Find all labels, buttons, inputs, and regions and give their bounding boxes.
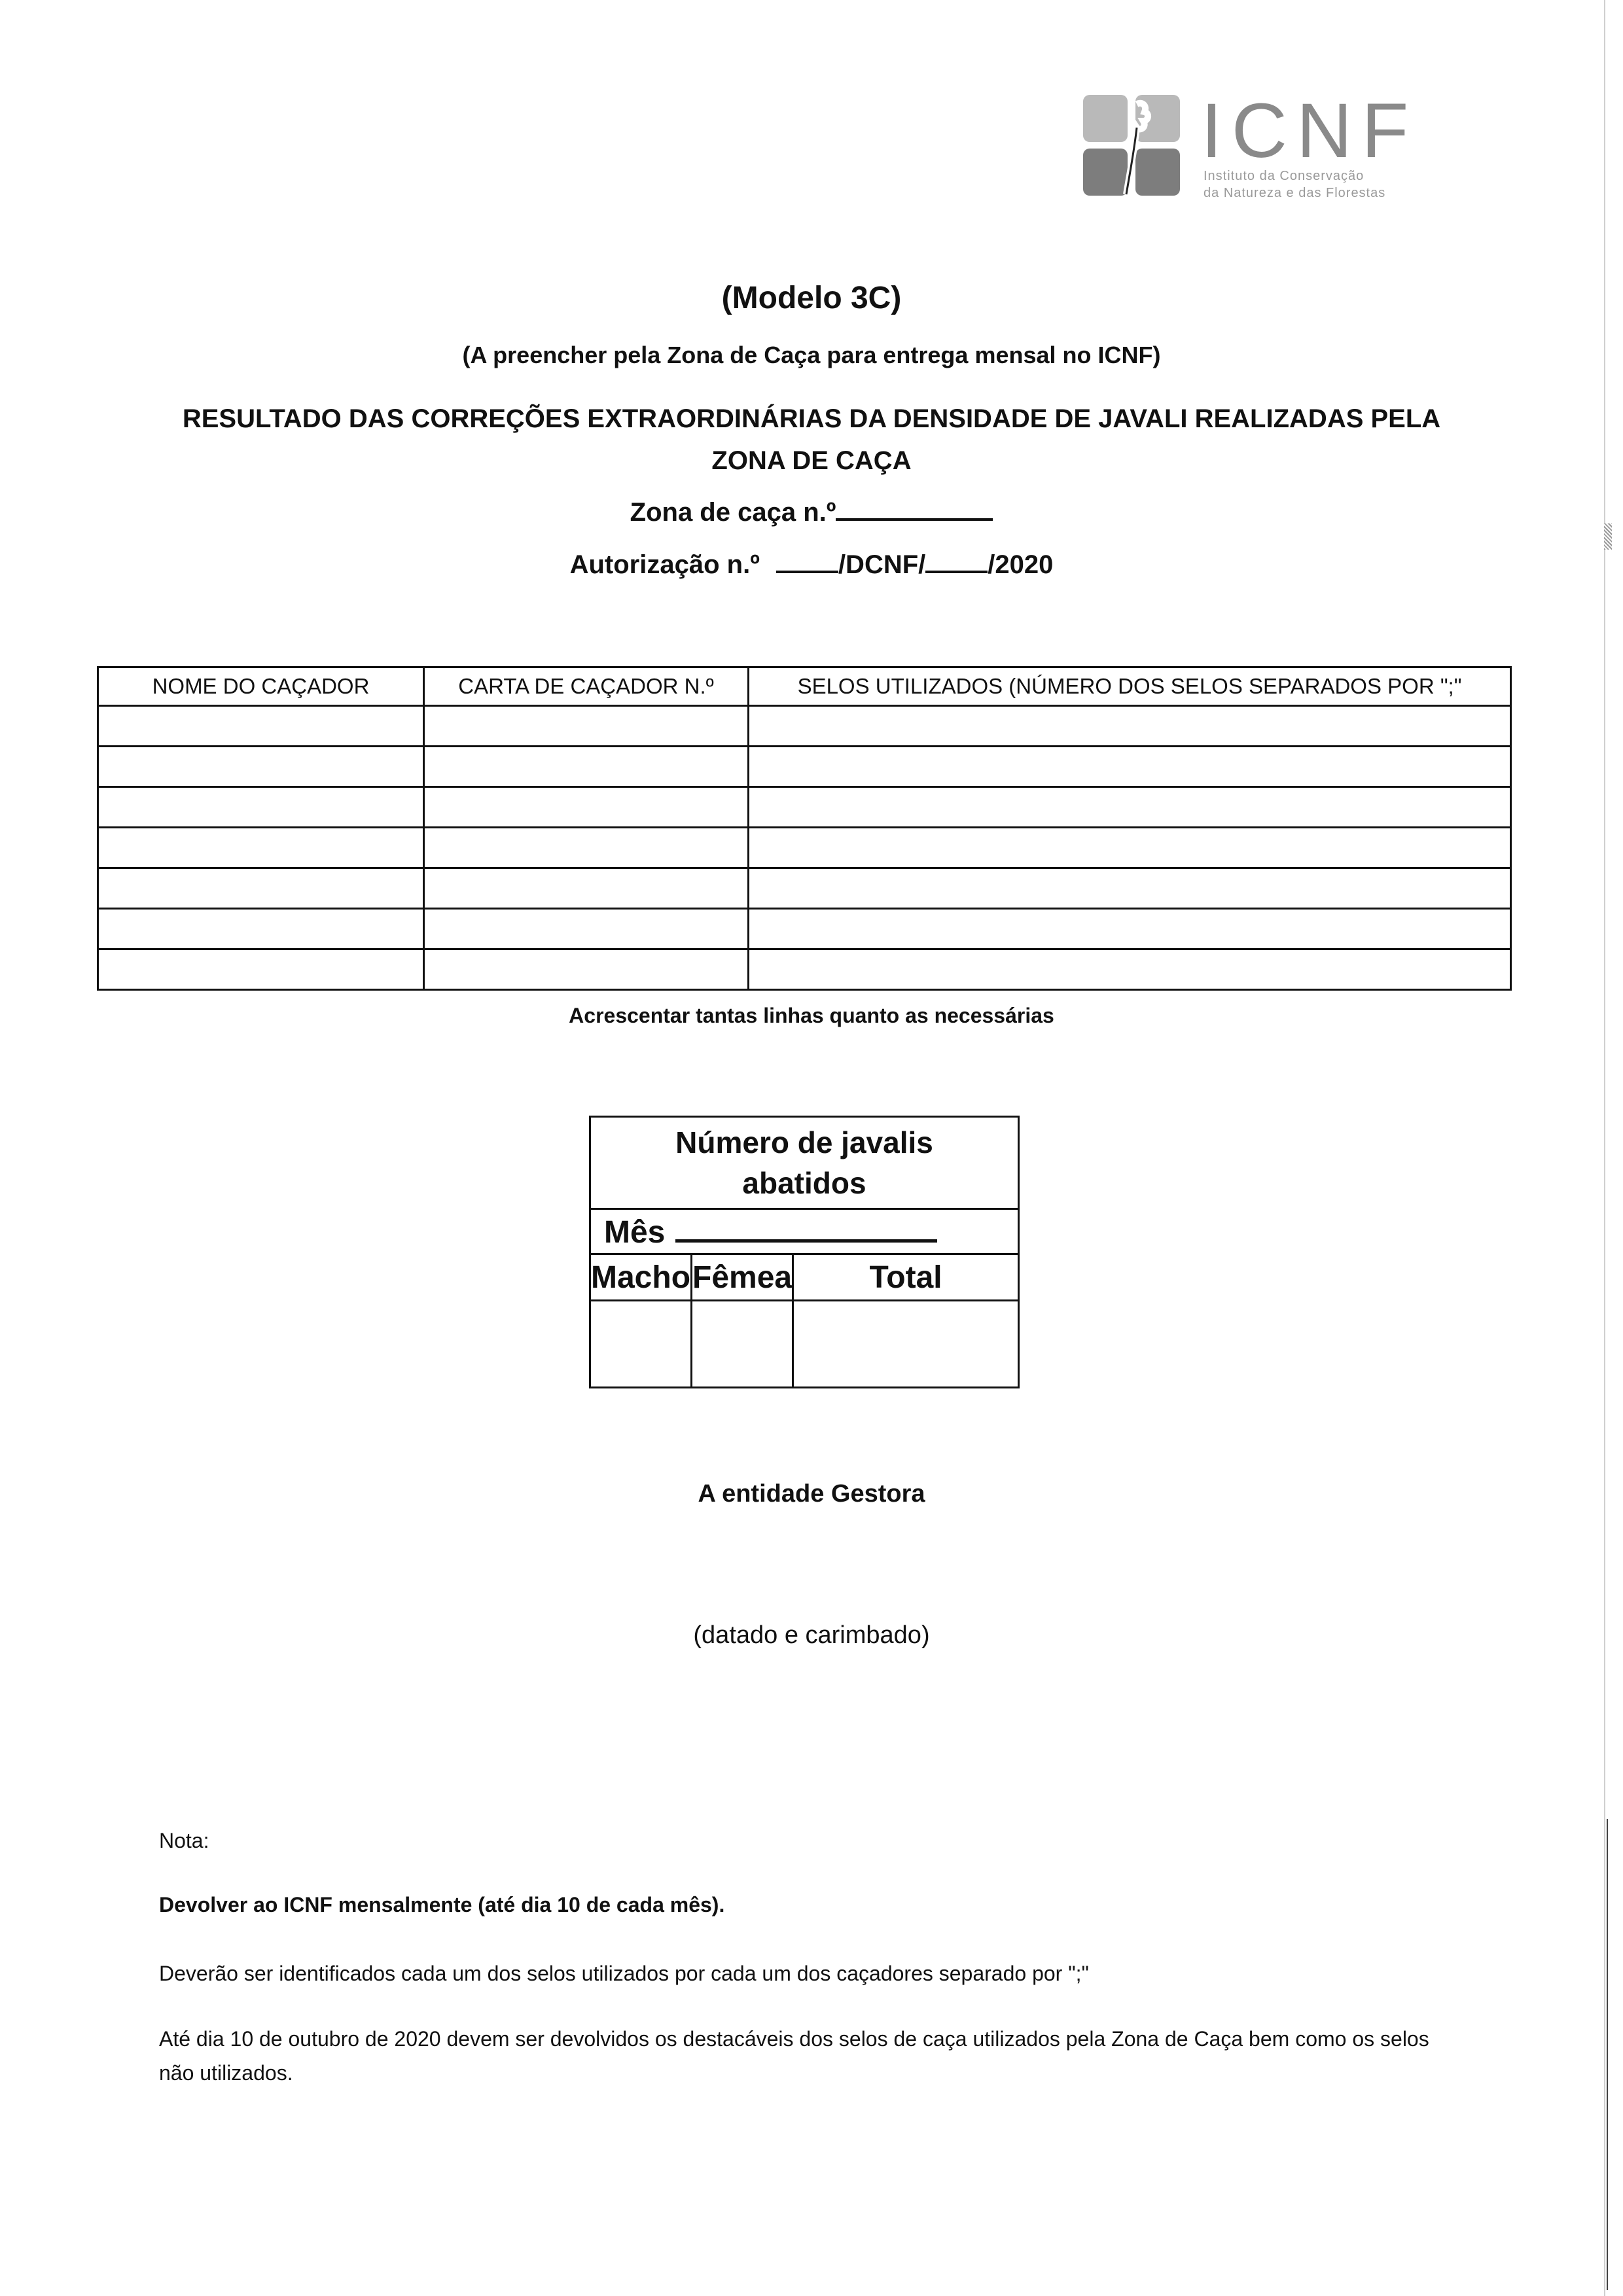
autorizacao-part1-input[interactable] bbox=[776, 548, 838, 573]
cell-nome[interactable] bbox=[98, 949, 424, 990]
cell-carta[interactable] bbox=[424, 828, 749, 868]
cell-nome[interactable] bbox=[98, 868, 424, 909]
table-row bbox=[98, 868, 1511, 909]
column-header-femea: Fêmea bbox=[692, 1254, 793, 1301]
cell-carta[interactable] bbox=[424, 909, 749, 949]
scan-artifact bbox=[1604, 523, 1612, 550]
notes-line-1: Deverão ser identificados cada um dos se… bbox=[159, 1956, 1442, 1990]
column-header-nome: NOME DO CAÇADOR bbox=[98, 667, 424, 706]
cell-nome[interactable] bbox=[98, 828, 424, 868]
zona-caca-label: Zona de caça n.º bbox=[630, 498, 836, 527]
logo-wordmark: ICNF bbox=[1201, 95, 1418, 167]
table-row bbox=[98, 706, 1511, 747]
cell-femea[interactable] bbox=[692, 1301, 793, 1388]
month-label: Mês bbox=[604, 1215, 665, 1250]
logo-subtitle-line1: Instituto da Conservação bbox=[1204, 168, 1364, 184]
javalis-summary-table: Número de javalis abatidos Mês Macho Fêm… bbox=[589, 1116, 1020, 1388]
form-model-title: (Modelo 3C) bbox=[0, 280, 1623, 316]
table-header-row: NOME DO CAÇADOR CARTA DE CAÇADOR N.º SEL… bbox=[98, 667, 1511, 706]
autorizacao-separator: /DCNF/ bbox=[838, 550, 925, 579]
cell-selos[interactable] bbox=[749, 949, 1511, 990]
cell-nome[interactable] bbox=[98, 787, 424, 828]
hunters-table: NOME DO CAÇADOR CARTA DE CAÇADOR N.º SEL… bbox=[97, 666, 1512, 991]
cell-carta[interactable] bbox=[424, 868, 749, 909]
form-subtitle: (A preencher pela Zona de Caça para entr… bbox=[0, 342, 1623, 369]
cell-selos[interactable] bbox=[749, 828, 1511, 868]
notes-bold-line: Devolver ao ICNF mensalmente (até dia 10… bbox=[159, 1893, 724, 1917]
autorizacao-year: /2020 bbox=[988, 550, 1053, 579]
column-header-carta: CARTA DE CAÇADOR N.º bbox=[424, 667, 749, 706]
zona-caca-input[interactable] bbox=[836, 496, 993, 521]
form-heading: RESULTADO DAS CORREÇÕES EXTRAORDINÁRIAS … bbox=[157, 398, 1466, 482]
zona-caca-field: Zona de caça n.º bbox=[0, 496, 1623, 527]
table-row bbox=[98, 949, 1511, 990]
month-input[interactable] bbox=[675, 1213, 937, 1243]
oak-leaf-logo-icon bbox=[1083, 95, 1180, 200]
table-row bbox=[98, 747, 1511, 787]
cell-nome[interactable] bbox=[98, 747, 424, 787]
signature-stamp-note: (datado e carimbado) bbox=[0, 1621, 1623, 1650]
table-row bbox=[98, 787, 1511, 828]
autorizacao-part2-input[interactable] bbox=[925, 548, 988, 573]
cell-selos[interactable] bbox=[749, 909, 1511, 949]
autorizacao-label: Autorização n.º bbox=[570, 550, 760, 579]
column-header-selos: SELOS UTILIZADOS (NÚMERO DOS SELOS SEPAR… bbox=[749, 667, 1511, 706]
cell-selos[interactable] bbox=[749, 787, 1511, 828]
cell-carta[interactable] bbox=[424, 787, 749, 828]
cell-carta[interactable] bbox=[424, 706, 749, 747]
cell-nome[interactable] bbox=[98, 706, 424, 747]
month-field: Mês bbox=[590, 1209, 1019, 1254]
column-header-total: Total bbox=[793, 1254, 1019, 1301]
cell-selos[interactable] bbox=[749, 706, 1511, 747]
cell-nome[interactable] bbox=[98, 909, 424, 949]
table-caption: Acrescentar tantas linhas quanto as nece… bbox=[0, 1004, 1623, 1028]
scan-edge-line-bottom bbox=[1607, 1819, 1608, 2290]
summary-title: Número de javalis abatidos bbox=[590, 1117, 1019, 1209]
cell-selos[interactable] bbox=[749, 868, 1511, 909]
autorizacao-field: Autorização n.º /DCNF//2020 bbox=[0, 548, 1623, 580]
icnf-logo: ICNF Instituto da Conservação da Naturez… bbox=[1083, 95, 1450, 200]
cell-total[interactable] bbox=[793, 1301, 1019, 1388]
logo-subtitle-line2: da Natureza e das Florestas bbox=[1204, 185, 1385, 201]
notes-line-2: Até dia 10 de outubro de 2020 devem ser … bbox=[159, 2022, 1442, 2090]
cell-carta[interactable] bbox=[424, 747, 749, 787]
cell-selos[interactable] bbox=[749, 747, 1511, 787]
cell-macho[interactable] bbox=[590, 1301, 692, 1388]
notes-label: Nota: bbox=[159, 1829, 209, 1853]
signature-entity: A entidade Gestora bbox=[0, 1480, 1623, 1508]
table-row bbox=[98, 909, 1511, 949]
cell-carta[interactable] bbox=[424, 949, 749, 990]
column-header-macho: Macho bbox=[590, 1254, 692, 1301]
table-row bbox=[98, 828, 1511, 868]
